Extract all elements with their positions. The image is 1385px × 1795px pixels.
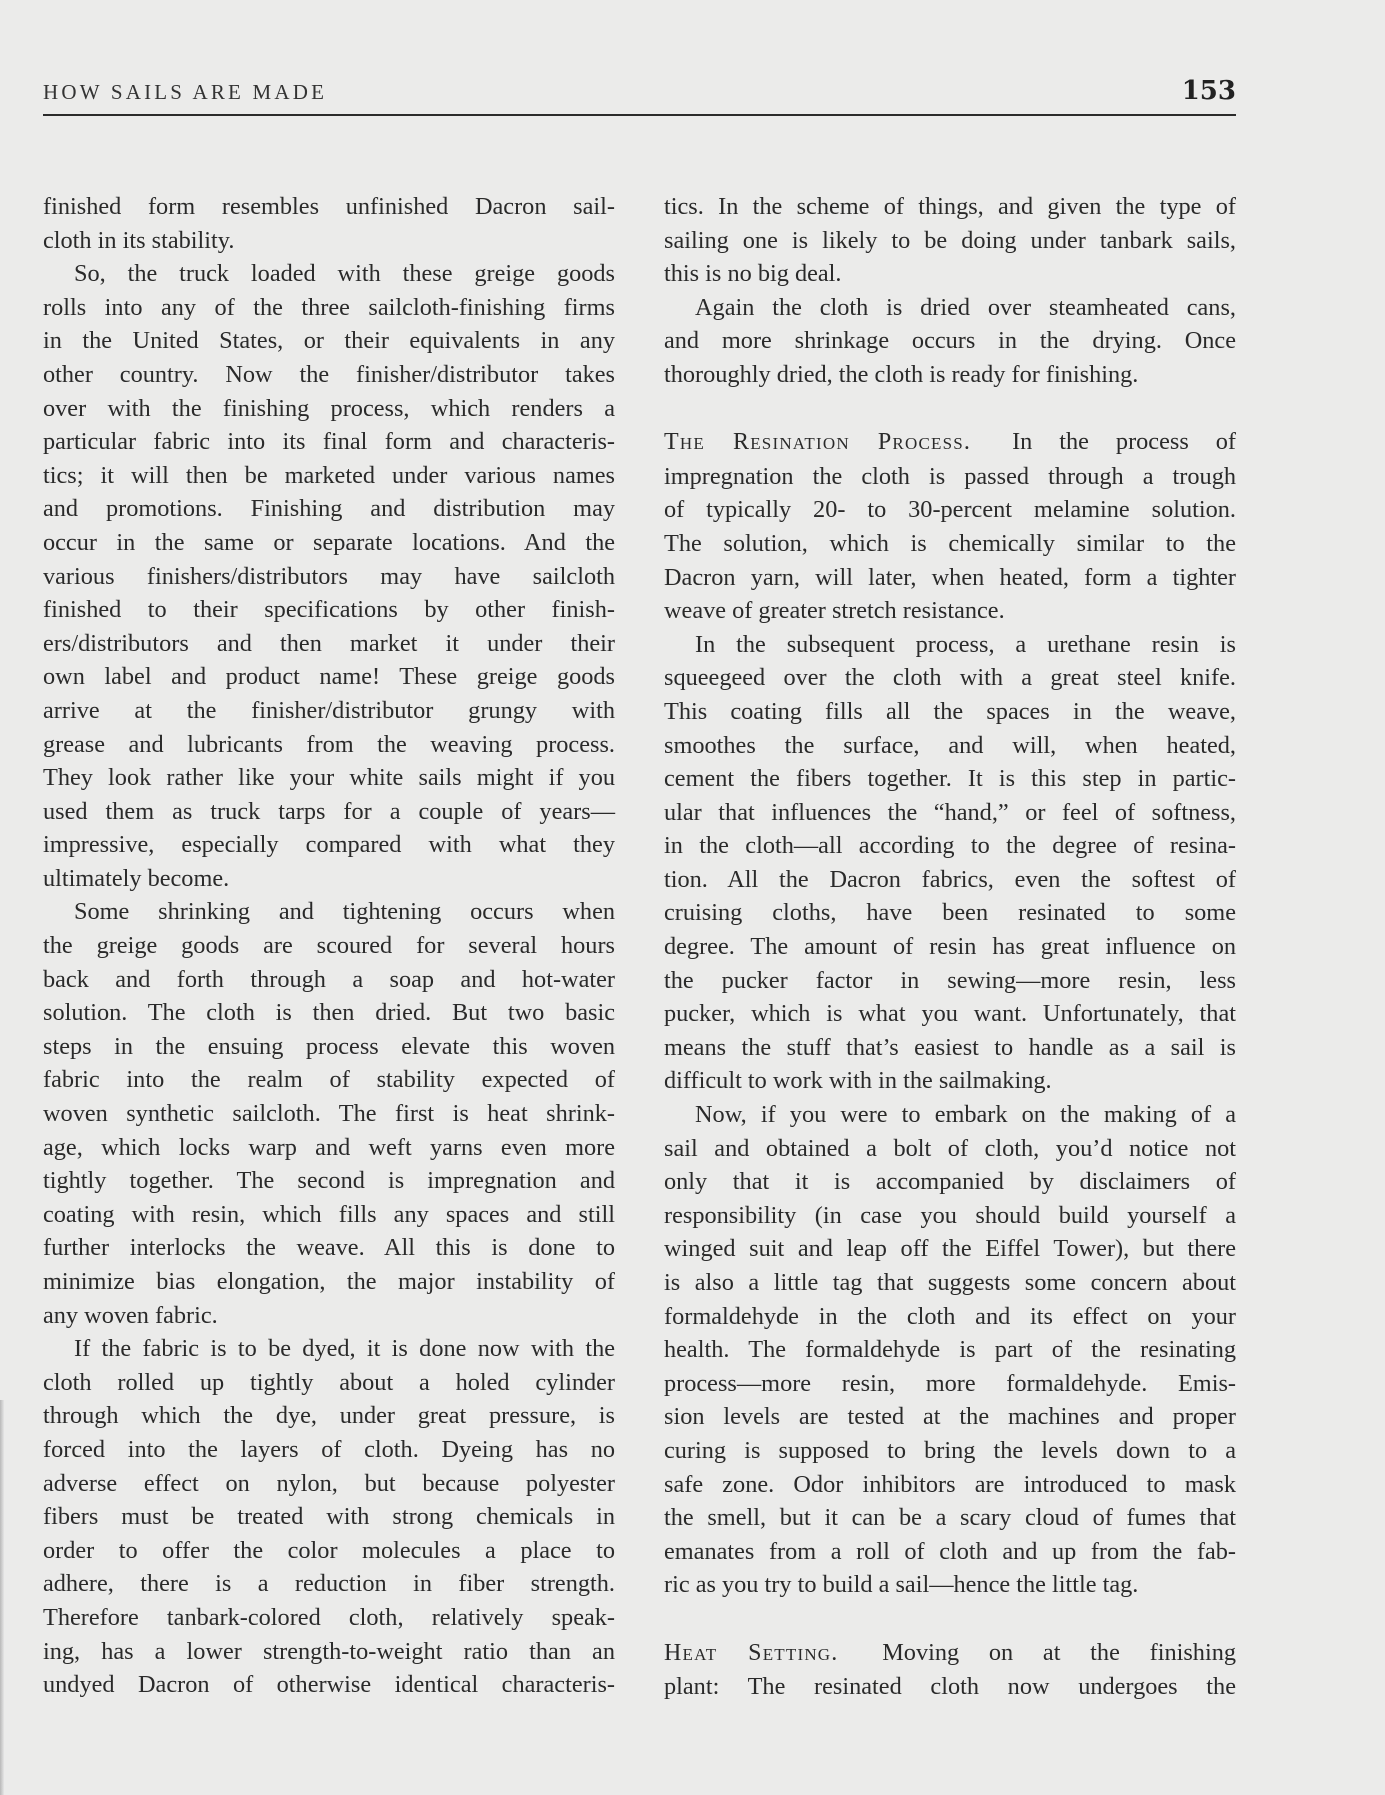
text-line: responsibility (in case you should build…	[664, 1199, 1236, 1233]
text-line: squeegeed over the cloth with a great st…	[664, 661, 1236, 695]
text-line: own label and product name! These greige…	[43, 660, 615, 694]
text-line: So, the truck loaded with these greige g…	[43, 257, 615, 291]
text-line: order to offer the color molecules a pla…	[43, 1534, 615, 1568]
text-line: Therefore tanbark-colored cloth, relativ…	[43, 1601, 615, 1635]
text-line: thoroughly dried, the cloth is ready for…	[664, 358, 1236, 392]
text-line: tics. In the scheme of things, and given…	[664, 190, 1236, 224]
right-column: tics. In the scheme of things, and given…	[664, 190, 1236, 1704]
text-line: winged suit and leap off the Eiffel Towe…	[664, 1232, 1236, 1266]
text-line: particular fabric into its final form an…	[43, 425, 615, 459]
text-line: This coating fills all the spaces in the…	[664, 695, 1236, 729]
text-line: degree. The amount of resin has great in…	[664, 930, 1236, 964]
text-line: over with the finishing process, which r…	[43, 392, 615, 426]
text-line: the pucker factor in sewing—more resin, …	[664, 964, 1236, 998]
text-line: tion. All the Dacron fabrics, even the s…	[664, 863, 1236, 897]
text-line: forced into the layers of cloth. Dyeing …	[43, 1433, 615, 1467]
text-line: cloth rolled up tightly about a holed cy…	[43, 1366, 615, 1400]
paragraph: In the subsequent process, a urethane re…	[664, 628, 1236, 1098]
text-line: and more shrinkage occurs in the drying.…	[664, 324, 1236, 358]
text-line: undyed Dacron of otherwise identical cha…	[43, 1668, 615, 1702]
text-line: finished form resembles unfinished Dacro…	[43, 190, 615, 224]
text-line: ultimately become.	[43, 862, 615, 896]
text-line: plant: The resinated cloth now undergoes…	[664, 1670, 1236, 1704]
text-line: the greige goods are scoured for several…	[43, 929, 615, 963]
text-line: impregnation the cloth is passed through…	[664, 460, 1236, 494]
text-line: pucker, which is what you want. Unfortun…	[664, 997, 1236, 1031]
text-line: back and forth through a soap and hot-wa…	[43, 963, 615, 997]
text-line: In the subsequent process, a urethane re…	[664, 628, 1236, 662]
text-line: only that it is accompanied by disclaime…	[664, 1165, 1236, 1199]
text-line: arrive at the finisher/distributor grung…	[43, 694, 615, 728]
paragraph: tics. In the scheme of things, and given…	[664, 190, 1236, 291]
left-column: finished form resembles unfinished Dacro…	[43, 190, 615, 1702]
section-heading: The Resination Process.	[664, 429, 971, 455]
text-line: Again the cloth is dried over steamheate…	[664, 291, 1236, 325]
text-line: further interlocks the weave. All this i…	[43, 1231, 615, 1265]
text-line: steps in the ensuing process elevate thi…	[43, 1030, 615, 1064]
section-resination-process: The Resination Process. In the process o…	[664, 425, 1236, 628]
text-line: sion levels are tested at the machines a…	[664, 1400, 1236, 1434]
paragraph: finished form resembles unfinished Dacro…	[43, 190, 615, 257]
text-line: formaldehyde in the cloth and its effect…	[664, 1300, 1236, 1334]
text-line: rolls into any of the three sailcloth-fi…	[43, 291, 615, 325]
text-line: adverse effect on nylon, but because pol…	[43, 1467, 615, 1501]
text-line: of typically 20- to 30-percent melamine …	[664, 493, 1236, 527]
text-line: Dacron yarn, will later, when heated, fo…	[664, 561, 1236, 595]
text-line: grease and lubricants from the weaving p…	[43, 728, 615, 762]
text-line: curing is supposed to bring the levels d…	[664, 1434, 1236, 1468]
section-first-line-text: Moving on at the finishing	[882, 1639, 1236, 1666]
text-line: cloth in its stability.	[43, 224, 615, 258]
text-line: They look rather like your white sails m…	[43, 761, 615, 795]
text-line: Some shrinking and tightening occurs whe…	[43, 895, 615, 929]
text-line: minimize bias elongation, the major inst…	[43, 1265, 615, 1299]
text-line: woven synthetic sailcloth. The first is …	[43, 1097, 615, 1131]
running-title: HOW SAILS ARE MADE	[43, 80, 327, 105]
text-line: ric as you try to build a sail—hence the…	[664, 1568, 1236, 1602]
paragraph: Now, if you were to embark on the making…	[664, 1098, 1236, 1602]
text-line: cement the fibers together. It is this s…	[664, 762, 1236, 796]
paragraph: Again the cloth is dried over steamheate…	[664, 291, 1236, 392]
text-line: fibers must be treated with strong chemi…	[43, 1500, 615, 1534]
text-line: sailing one is likely to be doing under …	[664, 224, 1236, 258]
text-line: health. The formaldehyde is part of the …	[664, 1333, 1236, 1367]
page-number: 153	[1182, 76, 1236, 106]
text-line: means the stuff that’s easiest to handle…	[664, 1031, 1236, 1065]
text-line: this is no big deal.	[664, 257, 1236, 291]
scanned-page-edge	[0, 1400, 4, 1795]
text-line: tightly together. The second is impregna…	[43, 1164, 615, 1198]
text-line: in the cloth—all according to the degree…	[664, 829, 1236, 863]
text-line: weave of greater stretch resistance.	[664, 594, 1236, 628]
text-line: tics; it will then be marketed under var…	[43, 459, 615, 493]
text-line: solution. The cloth is then dried. But t…	[43, 996, 615, 1030]
text-line: The solution, which is chemically simila…	[664, 527, 1236, 561]
text-line: If the fabric is to be dyed, it is done …	[43, 1332, 615, 1366]
text-line: difficult to work with in the sailmaking…	[664, 1064, 1236, 1098]
text-line: sail and obtained a bolt of cloth, you’d…	[664, 1132, 1236, 1166]
text-line: fabric into the realm of stability expec…	[43, 1063, 615, 1097]
text-line: impressive, especially compared with wha…	[43, 828, 615, 862]
section-heading: Heat Setting.	[664, 1640, 838, 1666]
running-header: HOW SAILS ARE MADE 153	[43, 76, 1236, 116]
paragraph: Some shrinking and tightening occurs whe…	[43, 895, 615, 1332]
text-line: ular that influences the “hand,” or feel…	[664, 796, 1236, 830]
text-line: Heat Setting. Moving on at the finishing	[664, 1636, 1236, 1671]
text-line: ers/distributors and then market it unde…	[43, 627, 615, 661]
paragraph: So, the truck loaded with these greige g…	[43, 257, 615, 895]
text-line: occur in the same or separate locations.…	[43, 526, 615, 560]
section-first-line-text: In the process of	[1012, 428, 1236, 455]
text-line: emanates from a roll of cloth and up fro…	[664, 1535, 1236, 1569]
text-line: finished to their specifications by othe…	[43, 593, 615, 627]
text-line: The Resination Process. In the process o…	[664, 425, 1236, 460]
text-line: age, which locks warp and weft yarns eve…	[43, 1131, 615, 1165]
text-line: Now, if you were to embark on the making…	[664, 1098, 1236, 1132]
text-line: and promotions. Finishing and distributi…	[43, 492, 615, 526]
text-line: safe zone. Odor inhibitors are introduce…	[664, 1468, 1236, 1502]
header-rule	[43, 114, 1236, 116]
text-line: coating with resin, which fills any spac…	[43, 1198, 615, 1232]
text-line: various finishers/distributors may have …	[43, 560, 615, 594]
text-line: used them as truck tarps for a couple of…	[43, 795, 615, 829]
text-line: other country. Now the finisher/distribu…	[43, 358, 615, 392]
text-line: smoothes the surface, and will, when hea…	[664, 729, 1236, 763]
text-line: any woven fabric.	[43, 1299, 615, 1333]
text-line: ing, has a lower strength-to-weight rati…	[43, 1635, 615, 1669]
section-heat-setting: Heat Setting. Moving on at the finishing…	[664, 1636, 1236, 1704]
paragraph: If the fabric is to be dyed, it is done …	[43, 1332, 615, 1702]
text-line: in the United States, or their equivalen…	[43, 324, 615, 358]
text-line: is also a little tag that suggests some …	[664, 1266, 1236, 1300]
text-line: adhere, there is a reduction in fiber st…	[43, 1567, 615, 1601]
text-line: process—more resin, more formaldehyde. E…	[664, 1367, 1236, 1401]
text-line: through which the dye, under great press…	[43, 1399, 615, 1433]
text-line: cruising cloths, have been resinated to …	[664, 896, 1236, 930]
text-line: the smell, but it can be a scary cloud o…	[664, 1501, 1236, 1535]
